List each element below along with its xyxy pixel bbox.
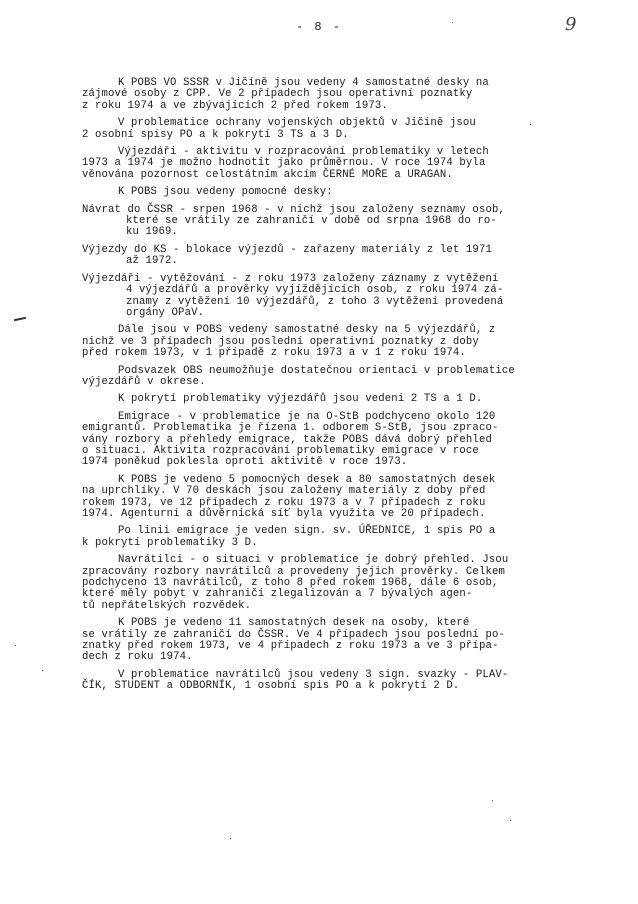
text-line: Dále jsou v POBS vedeny samostatné desky… — [82, 325, 582, 336]
text-line: 4 výjezdářů a prověrky vyjíždějících oso… — [82, 285, 582, 296]
text-line: z roku 1974 a ve zbývajících 2 před roke… — [82, 101, 582, 112]
paragraph: Výjezdáři - vytěžování - z roku 1973 zal… — [82, 274, 582, 320]
text-line: tů nepřátelských rozvědek. — [82, 601, 582, 612]
paragraph: K POBS jsou vedeny pomocné desky: — [82, 187, 582, 198]
text-line: K pokrytí problematiky výjezdářů jsou ve… — [82, 394, 582, 405]
text-line: Navrátilci - o situaci v problematice je… — [82, 555, 582, 566]
text-line: V problematice ochrany vojenských objekt… — [82, 118, 582, 129]
text-line: před rokem 1973, v 1 případě z roku 1973… — [82, 348, 582, 359]
paragraph: Dále jsou v POBS vedeny samostatné desky… — [82, 325, 582, 359]
scan-speck — [492, 800, 493, 801]
text-line: K POBS je vedeno 11 samostatných desek n… — [82, 618, 582, 629]
scan-speck — [530, 124, 531, 125]
text-line: na uprchlíky. V 70 deskách jsou založeny… — [82, 486, 582, 497]
text-line: výjezdářů v okrese. — [82, 377, 582, 388]
paragraph: Navrátilci - o situaci v problematice je… — [82, 555, 582, 612]
text-line: dech z roku 1974. — [82, 652, 582, 663]
document-page: 9 - 8 - K POBS VO SSSR v Jičíně jsou ved… — [0, 0, 638, 904]
paragraph: K POBS VO SSSR v Jičíně jsou vedeny 4 sa… — [82, 78, 582, 112]
text-line: ku 1969. — [82, 227, 582, 238]
typewritten-body: K POBS VO SSSR v Jičíně jsou vedeny 4 sa… — [82, 78, 582, 699]
text-line: 1974 poněkud poklesla oproti aktivitě v … — [82, 457, 582, 468]
scan-speck — [230, 838, 231, 839]
paragraph: Návrat do ČSSR - srpen 1968 - v nichž js… — [82, 205, 582, 239]
paragraph: Podsvazek OBS neumožňuje dostatečnou ori… — [82, 366, 582, 389]
text-line: k pokrytí problematiky 3 D. — [82, 538, 582, 549]
paragraph: Výjezdáři - aktivitu v rozpracování prob… — [82, 147, 582, 181]
text-line: věnována pozornost celostátním akcím ČER… — [82, 170, 582, 181]
text-line: emigrantů. Problematika je řízena 1. odb… — [82, 423, 582, 434]
text-line: až 1972. — [82, 256, 582, 267]
text-line: 1974. Agenturní a důvěrnická síť byla vy… — [82, 509, 582, 520]
text-line: K POBS jsou vedeny pomocné desky: — [82, 187, 582, 198]
paragraph: K POBS je vedeno 5 pomocných desek a 80 … — [82, 475, 582, 521]
scan-speck — [15, 645, 16, 646]
text-line: orgány OPaV. — [82, 308, 582, 319]
scan-speck — [452, 22, 453, 23]
page-number: - 8 - — [0, 20, 638, 34]
scan-speck — [510, 820, 511, 821]
paragraph: Výjezdy do KS - blokace výjezdů - zařaze… — [82, 245, 582, 268]
text-line: 2 osobní spisy PO a k pokrytí 3 TS a 3 D… — [82, 130, 582, 141]
paragraph: Po linii emigrace je veden sign. sv. ÚŘE… — [82, 526, 582, 549]
paragraph: V problematice navrátilců jsou vedeny 3 … — [82, 670, 582, 693]
paragraph: K pokrytí problematiky výjezdářů jsou ve… — [82, 394, 582, 405]
paragraph: K POBS je vedeno 11 samostatných desek n… — [82, 618, 582, 664]
text-line: ČÍK, STUDENT a ODBORNÍK, 1 osobní spis P… — [82, 681, 582, 692]
paragraph: Emigrace - v problematice je na O-StB po… — [82, 412, 582, 469]
paragraph: V problematice ochrany vojenských objekt… — [82, 118, 582, 141]
scan-speck — [42, 670, 43, 671]
margin-pencil-mark — [14, 317, 26, 321]
